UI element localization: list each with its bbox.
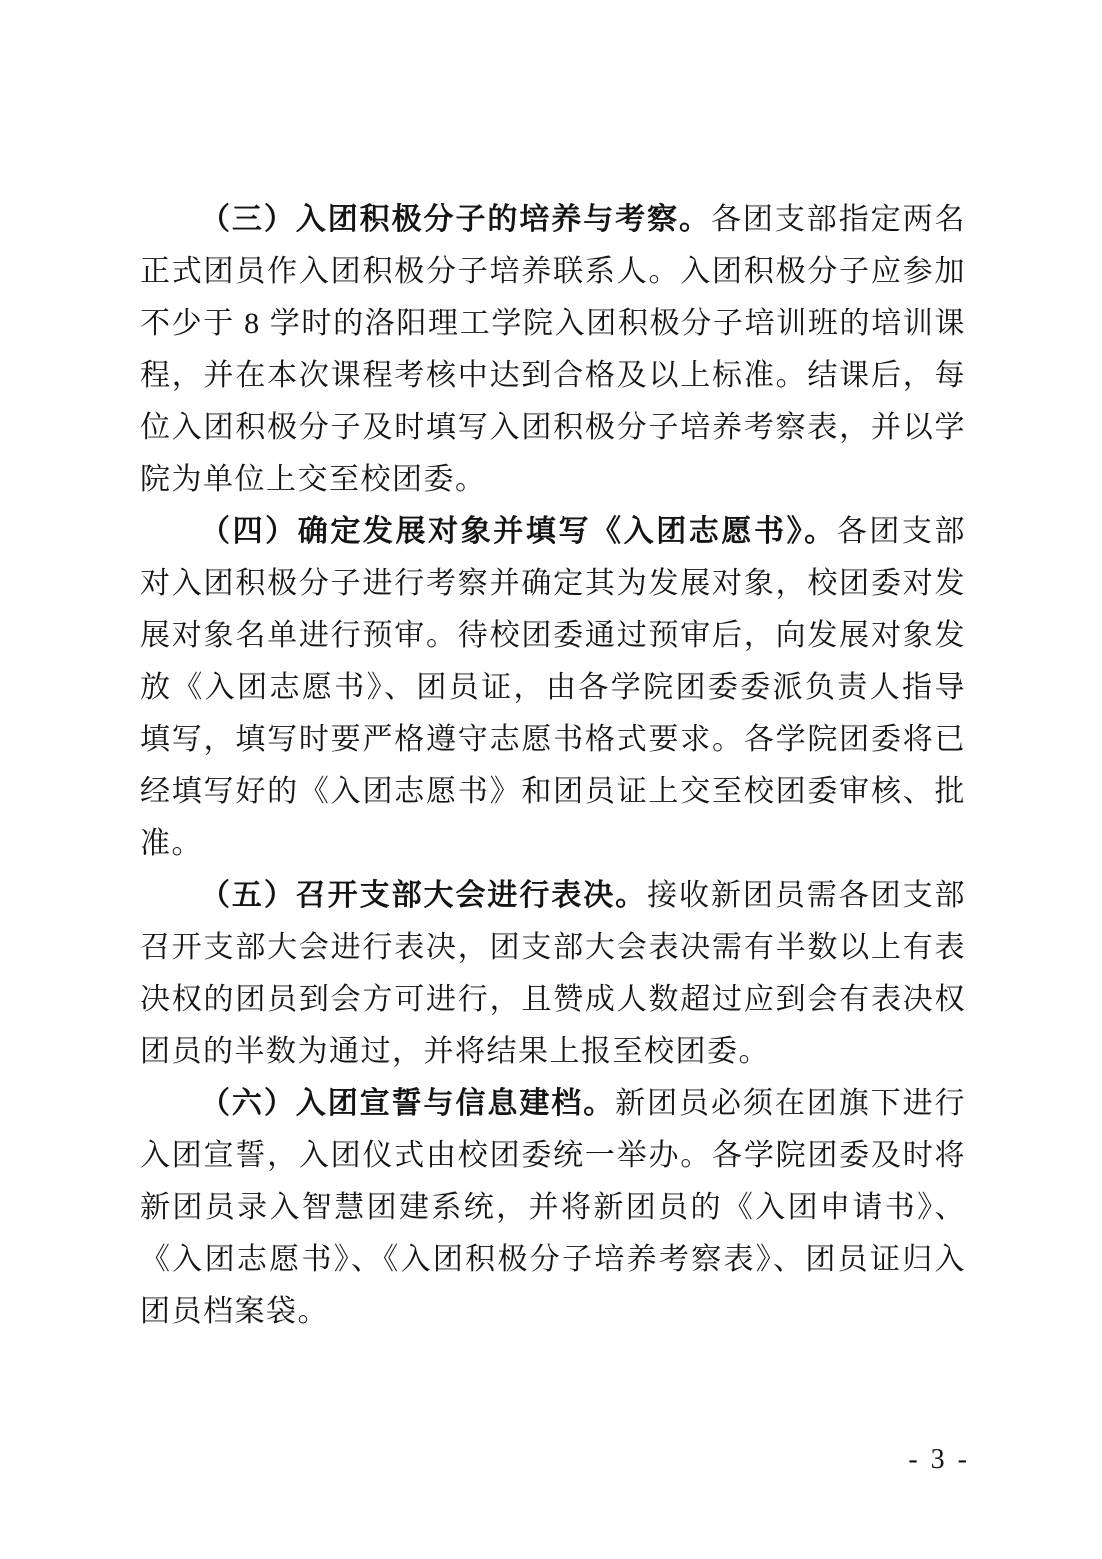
document-page: （三）入团积极分子的培养与考察。各团支部指定两名正式团员作入团积极分子培养联系人… bbox=[0, 0, 1102, 1559]
paragraph-section-6: （六）入团宣誓与信息建档。新团员必须在团旗下进行入团宣誓，入团仪式由校团委统一举… bbox=[140, 1078, 966, 1338]
page-number: - 3 - bbox=[908, 1444, 970, 1476]
paragraph-section-6-text: 新团员必须在团旗下进行入团宣誓，入团仪式由校团委统一举办。各学院团委及时将新团员… bbox=[140, 1087, 966, 1328]
paragraph-section-4-heading: （四）确定发展对象并填写《入团志愿书》。 bbox=[200, 515, 837, 548]
paragraph-section-5: （五）召开支部大会进行表决。接收新团员需各团支部召开支部大会进行表决，团支部大会… bbox=[140, 870, 966, 1078]
paragraph-section-6-heading: （六）入团宣誓与信息建档。 bbox=[200, 1087, 615, 1120]
paragraph-section-4-text: 各团支部对入团积极分子进行考察并确定其为发展对象，校团委对发展对象名单进行预审。… bbox=[140, 515, 966, 860]
paragraph-section-3: （三）入团积极分子的培养与考察。各团支部指定两名正式团员作入团积极分子培养联系人… bbox=[140, 194, 966, 506]
paragraph-section-3-text: 各团支部指定两名正式团员作入团积极分子培养联系人。入团积极分子应参加不少于 8 … bbox=[140, 203, 966, 496]
paragraph-section-5-heading: （五）召开支部大会进行表决。 bbox=[200, 879, 647, 912]
paragraph-section-3-heading: （三）入团积极分子的培养与考察。 bbox=[200, 203, 711, 236]
document-body: （三）入团积极分子的培养与考察。各团支部指定两名正式团员作入团积极分子培养联系人… bbox=[140, 194, 966, 1338]
paragraph-section-4: （四）确定发展对象并填写《入团志愿书》。各团支部对入团积极分子进行考察并确定其为… bbox=[140, 506, 966, 870]
